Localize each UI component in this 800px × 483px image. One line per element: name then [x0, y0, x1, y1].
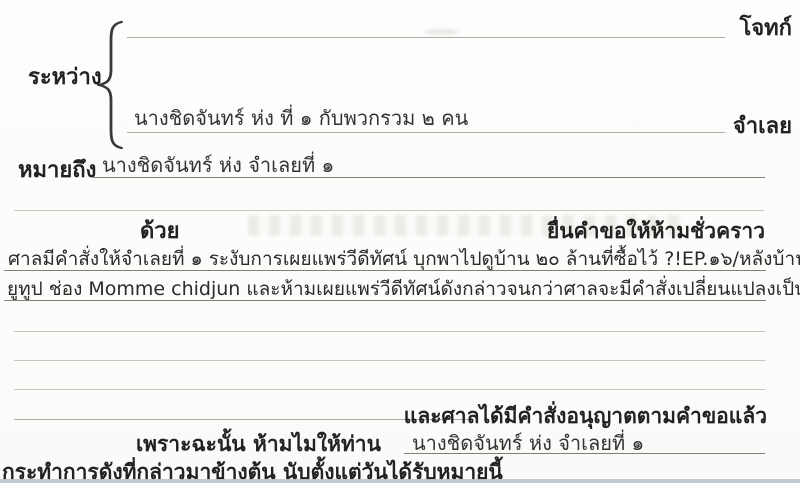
granted-blank-line — [14, 419, 469, 420]
addressee-label: หมายถึง — [18, 152, 96, 187]
plaintiff-role-label: โจทก์ — [739, 10, 792, 45]
blank-rule-line — [14, 210, 764, 211]
blank-rule-line — [14, 360, 765, 361]
party-brace-icon — [97, 20, 125, 150]
defendant-name-line — [127, 132, 725, 133]
scan-smudge-mark — [424, 29, 458, 35]
page-bottom-edge — [0, 479, 800, 483]
defendant-role-label: จำเลย — [733, 108, 792, 143]
order-line1-rule — [4, 270, 766, 271]
defendant-name-value: นางชิดจันทร์ ห่ง ที่ ๑ กับพวกรวม ๒ คน — [134, 102, 468, 134]
prohibited-person-value: นางชิดจันทร์ ห่ง จำเลยที่ ๑ — [412, 427, 644, 459]
plaintiff-name-line — [127, 37, 725, 38]
addressee-name-line — [93, 177, 765, 178]
blank-rule-line — [14, 389, 765, 390]
scanned-court-writ-page: โจทก์ ระหว่าง นางชิดจันทร์ ห่ง ที่ ๑ กับ… — [0, 0, 800, 483]
order-line2-rule — [4, 300, 766, 301]
prohibited-person-line — [404, 453, 765, 454]
due-to-label: ด้วย — [140, 213, 180, 248]
between-label: ระหว่าง — [28, 59, 102, 94]
blank-rule-line — [14, 331, 765, 332]
